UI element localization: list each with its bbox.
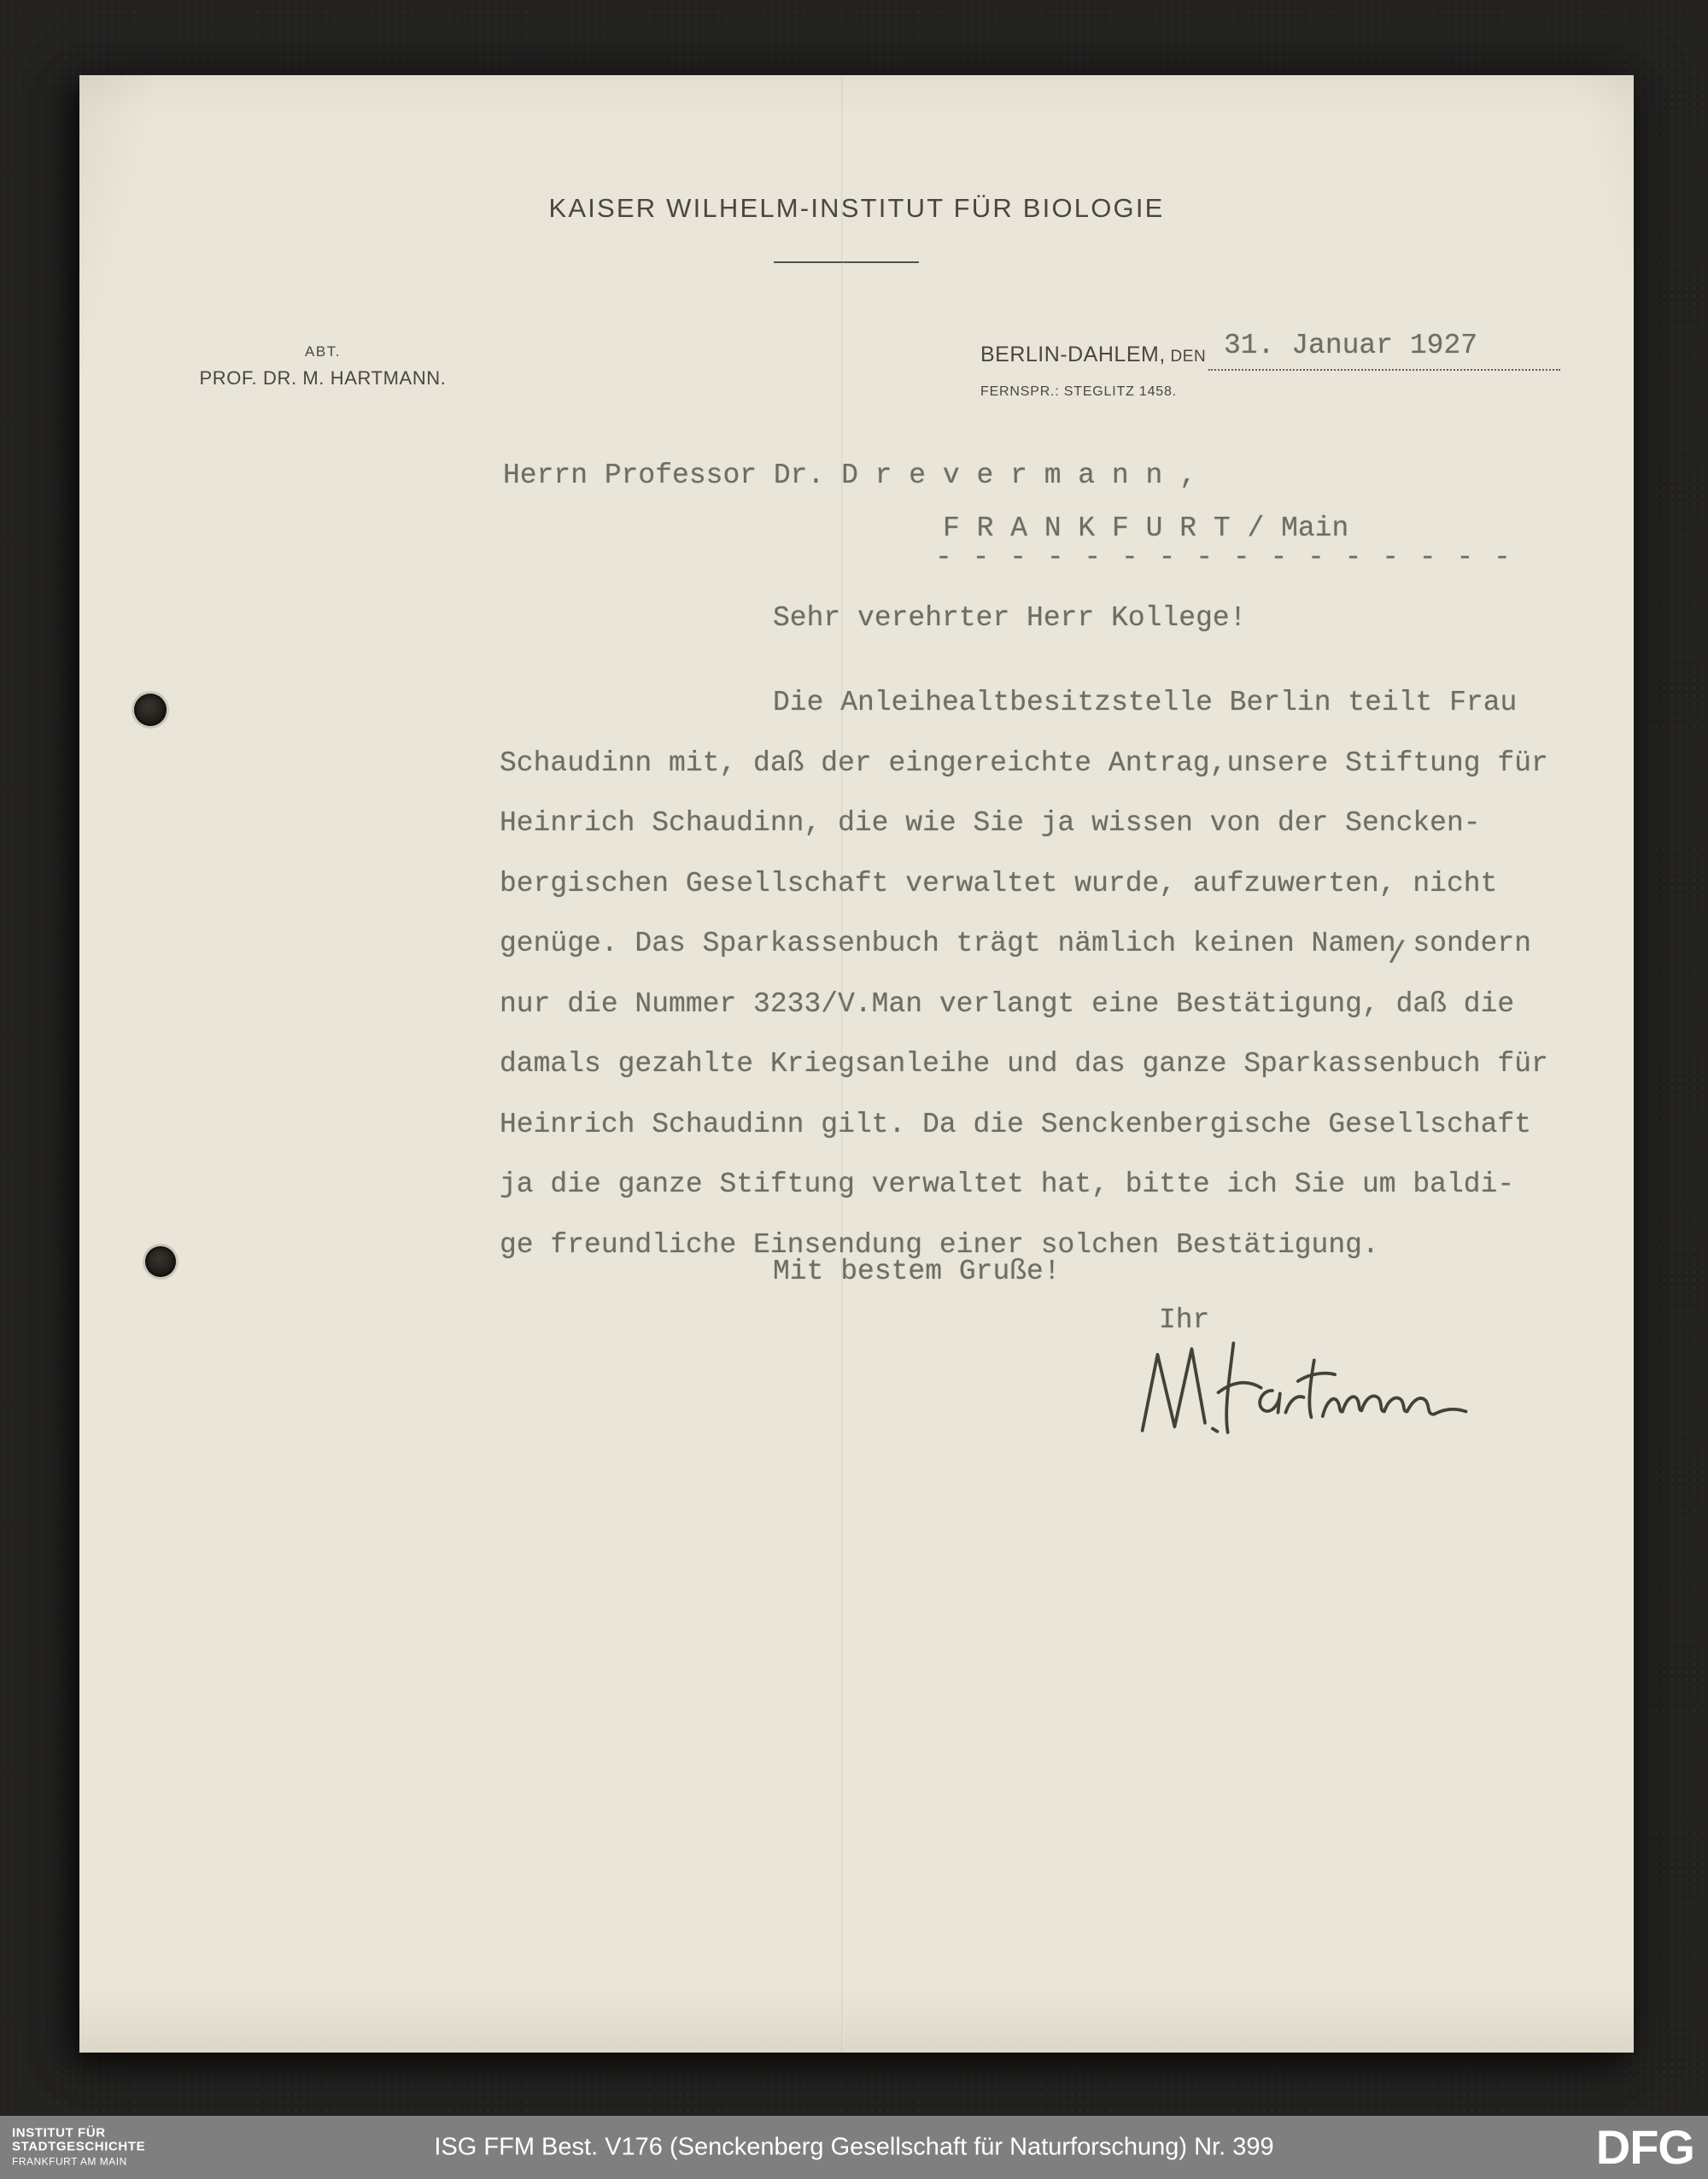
body-line: Heinrich Schaudinn gilt. Da die Senckenb… <box>500 1095 1548 1156</box>
letterhead-institute: KAISER WILHELM-INSTITUT FÜR BIOLOGIE <box>79 193 1634 224</box>
body-line: Die Anleihealtbesitzstelle Berlin teilt … <box>500 673 1548 734</box>
body-line: damals gezahlte Kriegsanleihe und das ga… <box>500 1034 1548 1095</box>
dept-professor: PROF. DR. M. HARTMANN. <box>190 367 455 390</box>
dfg-logo: DFG <box>1596 2123 1694 2171</box>
typed-date: 31. Januar 1927 <box>1224 331 1477 360</box>
body-line: nur die Nummer 3233/V.Man verlangt eine … <box>500 975 1548 1035</box>
department-block: ABT. PROF. DR. M. HARTMANN. <box>190 343 455 390</box>
isg-logo-line1: INSTITUT FÜR <box>12 2127 145 2141</box>
place-date-line: BERLIN-DAHLEM, DEN <box>980 343 1206 367</box>
salutation: Sehr verehrter Herr Kollege! <box>773 604 1247 632</box>
punch-hole <box>145 1246 176 1277</box>
punch-hole <box>134 694 167 726</box>
body-line: Schaudinn mit, daß der eingereichte Antr… <box>500 734 1548 794</box>
letter-page: KAISER WILHELM-INSTITUT FÜR BIOLOGIE ABT… <box>79 75 1634 2053</box>
comma-insertion-mark: / <box>1388 940 1407 970</box>
phone-line: FERNSPR.: STEGLITZ 1458. <box>980 384 1177 400</box>
body-line: bergischen Gesellschaft verwaltet wurde,… <box>500 854 1548 915</box>
letterhead-rule <box>774 261 919 263</box>
signature-m-hartmann <box>1137 1324 1478 1448</box>
recipient-underline: - - - - - - - - - - - - - - - - <box>935 543 1512 571</box>
letter-body: Die Anleihealtbesitzstelle Berlin teilt … <box>500 673 1548 1275</box>
scan-viewport: { "colors": { "bg": "#232220", "paper": … <box>0 0 1708 2179</box>
isg-logo-line2: STADTGESCHICHTE <box>12 2141 145 2154</box>
archive-footer-bar: INSTITUT FÜR STADTGESCHICHTE FRANKFURT A… <box>0 2116 1708 2179</box>
archive-reference: ISG FFM Best. V176 (Senckenberg Gesellsc… <box>434 2134 1273 2162</box>
isg-logo: INSTITUT FÜR STADTGESCHICHTE FRANKFURT A… <box>12 2127 145 2169</box>
closing-line: Mit bestem Gruße! <box>773 1257 1061 1286</box>
body-line: ja die ganze Stiftung verwaltet hat, bit… <box>500 1155 1548 1215</box>
place-den-label: DEN <box>1166 348 1206 366</box>
isg-logo-line3: FRANKFURT AM MAIN <box>12 2156 145 2169</box>
recipient-name-line: Herrn Professor Dr. D r e v e r m a n n … <box>503 461 1196 489</box>
place-city: BERLIN-DAHLEM, <box>980 343 1166 366</box>
body-line: Heinrich Schaudinn, die wie Sie ja wisse… <box>500 794 1548 854</box>
recipient-city-line: F R A N K F U R T / Main <box>943 514 1348 542</box>
dept-abbrev: ABT. <box>190 343 455 360</box>
